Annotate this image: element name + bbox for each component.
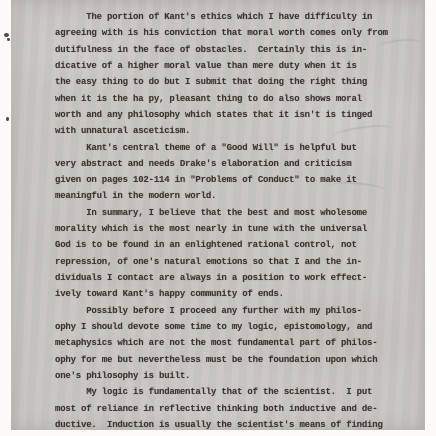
paragraph-logic-epistemology: Possibly before I proceed any further wi… (55, 303, 407, 385)
ink-speck (6, 117, 9, 121)
essay-page: The portion of Kant's ethics which I hav… (11, 0, 425, 430)
paragraph-scientist-logic: My logic is fundamentally that of the sc… (55, 384, 407, 433)
scanned-page-background: The portion of Kant's ethics which I hav… (0, 0, 436, 436)
essay-text: The portion of Kant's ethics which I hav… (55, 9, 407, 433)
paragraph-good-will: Kant's central theme of a "Good Will" is… (55, 140, 407, 205)
ink-speck (7, 38, 10, 41)
ink-speck (4, 33, 9, 37)
paragraph-summary-morality: In summary, I believe that the best and … (55, 205, 407, 303)
paragraph-kant-difficulty: The portion of Kant's ethics which I hav… (55, 9, 407, 140)
